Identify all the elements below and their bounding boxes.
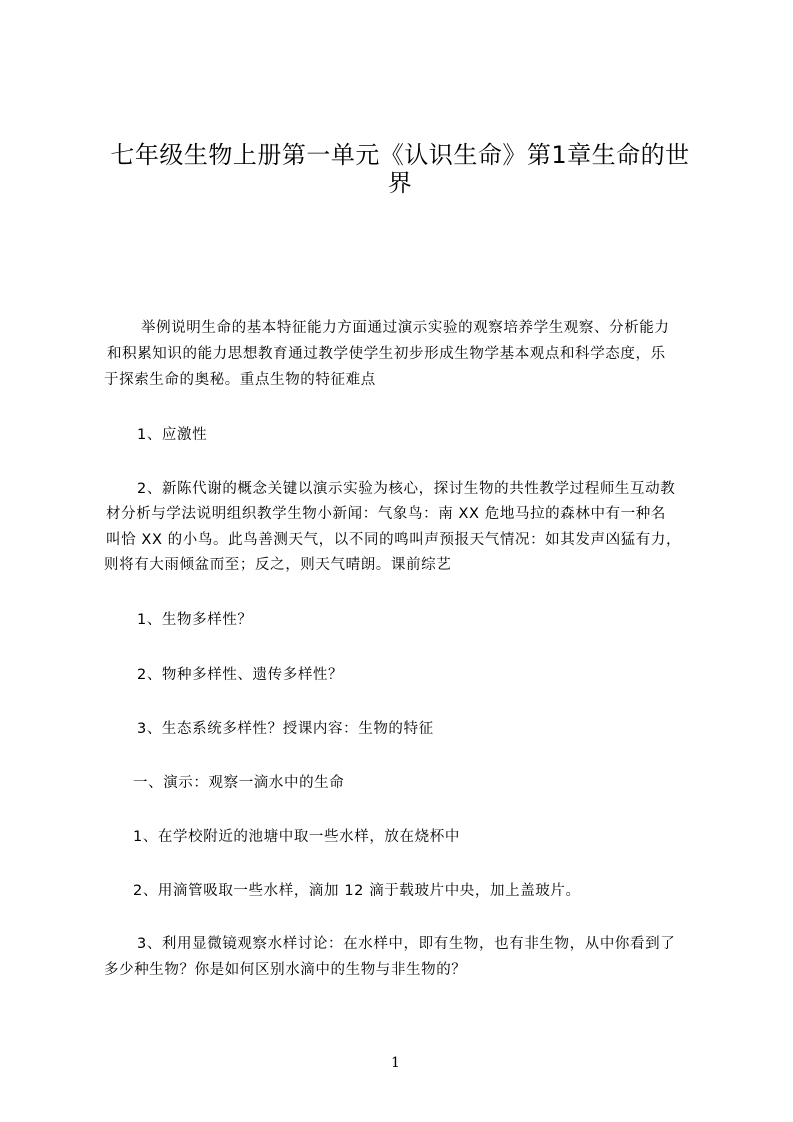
paragraph-line: 多少种生物？你是如何区别水滴中的生物与非生物的？ (104, 961, 466, 979)
list-item: 2、用滴管吸取一些水样，滴加 12 滴于载玻片中央，加上盖玻片。 (133, 882, 581, 900)
paragraph-line: 则将有大雨倾盆而至；反之，则天气晴朗。课前综艺 (104, 556, 451, 574)
list-item: 2、物种多样性、遗传多样性？ (137, 666, 343, 684)
paragraph-line: 和积累知识的能力思想教育通过教学使学生初步形成生物学基本观点和科学态度，乐 (107, 345, 666, 363)
list-item: 1、在学校附近的池塘中取一些水样，放在烧杯中 (133, 828, 460, 846)
section-heading: 一、演示：观察一滴水中的生命 (133, 774, 344, 792)
document-title: 七年级生物上册第一单元《认识生命》第1章生命的世 界 (100, 141, 700, 197)
paragraph-line: 叫恰 XX 的小鸟。此鸟善测天气，以不同的鸣叫声预报天气情况：如其发声凶猛有力， (106, 531, 681, 549)
paragraph-line: 举例说明生命的基本特征能力方面通过演示实验的观察培养学生观察、分析能力 (141, 319, 670, 337)
paragraph-line: 2、新陈代谢的概念关键以演示实验为核心，探讨生物的共性教学过程师生互动教 (137, 480, 675, 498)
list-item: 3、生态系统多样性？授课内容：生物的特征 (137, 720, 434, 738)
list-item: 1、应激性 (137, 426, 207, 444)
title-line-2: 界 (100, 169, 700, 197)
paragraph-line: 3、利用显微镜观察水样讨论：在水样中，即有生物，也有非生物，从中你看到了 (137, 935, 675, 953)
paragraph-line: 于探索生命的奥秘。重点生物的特征难点 (104, 371, 376, 389)
list-item: 1、生物多样性？ (137, 611, 253, 629)
page-number: 1 (391, 1055, 400, 1071)
title-line-1: 七年级生物上册第一单元《认识生命》第1章生命的世 (100, 141, 700, 169)
paragraph-line: 材分析与学法说明组织教学生物小新闻：气象鸟：南 XX 危地马拉的森林中有一种名 (106, 505, 666, 523)
document-page: 七年级生物上册第一单元《认识生命》第1章生命的世 界 举例说明生命的基本特征能力… (0, 0, 793, 1122)
